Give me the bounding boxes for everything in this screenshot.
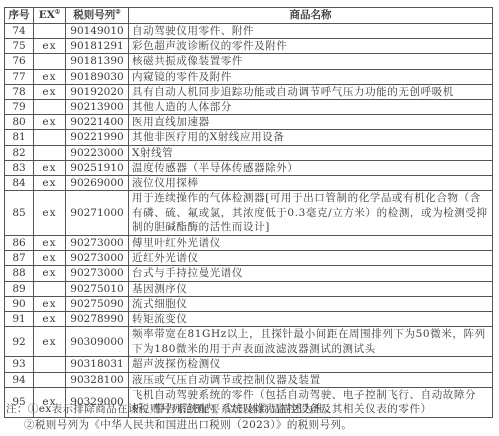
header-seq-label: 序号 <box>9 9 30 21</box>
row-ex-flag: ex <box>34 69 66 84</box>
row-tariff-code: 90273000 <box>66 236 129 251</box>
row-seq: 93 <box>5 357 34 372</box>
row-seq: 82 <box>5 145 34 160</box>
row-seq: 77 <box>5 69 34 84</box>
row-seq: 92 <box>5 327 34 357</box>
table-row: 7990213900其他人造的人体部分 <box>5 100 493 115</box>
header-name-label: 商品名称 <box>290 9 332 21</box>
table-row: 7690181390核磁共振成像装置零件 <box>5 54 493 69</box>
row-tariff-code: 90269000 <box>66 176 129 191</box>
row-product-name: 其他人造的人体部分 <box>129 100 493 115</box>
footnote-1: 注：①ex表示排除商品在该税则号列范围内，以具体商品描述为准。 <box>6 402 352 418</box>
row-seq: 88 <box>5 266 34 281</box>
row-product-name: 转矩流变仪 <box>129 312 493 327</box>
row-seq: 80 <box>5 115 34 130</box>
row-seq: 90 <box>5 296 34 311</box>
table-row: 90ex90275090流式细胞仪 <box>5 296 493 311</box>
row-product-name: 医用直线加速器 <box>129 115 493 130</box>
row-ex-flag <box>34 357 66 372</box>
header-seq: 序号 <box>5 8 34 24</box>
row-product-name: 温度传感器（半导体传感器除外） <box>129 160 493 175</box>
row-ex-flag: ex <box>34 251 66 266</box>
row-tariff-code: 90251910 <box>66 160 129 175</box>
row-tariff-code: 90189030 <box>66 69 129 84</box>
row-product-name: 流式细胞仪 <box>129 296 493 311</box>
row-tariff-code: 90273000 <box>66 266 129 281</box>
row-seq: 83 <box>5 160 34 175</box>
row-product-name: 用于连续操作的气体检测器[可用于出口管制的化学品或有机化合物（含有磷、硫、氟或氯… <box>129 191 493 236</box>
row-tariff-code: 90275090 <box>66 296 129 311</box>
row-seq: 94 <box>5 372 34 387</box>
row-ex-flag <box>34 372 66 387</box>
row-product-name: X射线管 <box>129 145 493 160</box>
row-tariff-code: 90309000 <box>66 327 129 357</box>
header-code-label: 税则号列 <box>73 9 115 21</box>
row-product-name: 液压或气压自动调节或控制仪器及装置 <box>129 372 493 387</box>
row-ex-flag <box>34 145 66 160</box>
row-ex-flag <box>34 100 66 115</box>
row-product-name: 台式与手持拉曼光谱仪 <box>129 266 493 281</box>
row-ex-flag <box>34 24 66 39</box>
row-ex-flag: ex <box>34 39 66 54</box>
row-tariff-code: 90318031 <box>66 357 129 372</box>
row-product-name: 彩色超声波诊断仪的零件及附件 <box>129 39 493 54</box>
row-tariff-code: 90275010 <box>66 281 129 296</box>
table-row: 77ex90189030内窥镜的零件及附件 <box>5 69 493 84</box>
header-code: 税则号列② <box>66 8 129 24</box>
table-row: 8290223000X射线管 <box>5 145 493 160</box>
row-seq: 85 <box>5 191 34 236</box>
row-ex-flag: ex <box>34 312 66 327</box>
row-ex-flag: ex <box>34 160 66 175</box>
row-seq: 75 <box>5 39 34 54</box>
table-row: 80ex90221400医用直线加速器 <box>5 115 493 130</box>
table-row: 9390318031超声波探伤检测仪 <box>5 357 493 372</box>
row-tariff-code: 90223000 <box>66 145 129 160</box>
row-ex-flag: ex <box>34 327 66 357</box>
row-product-name: 具有自动人机同步追踪功能或自动调节呼气压力功能的无创呼吸机 <box>129 84 493 99</box>
row-ex-flag <box>34 281 66 296</box>
table-row: 7490149010自动驾驶仪用零件、附件 <box>5 24 493 39</box>
row-seq: 79 <box>5 100 34 115</box>
row-product-name: 近红外光谱仪 <box>129 251 493 266</box>
table-row: 85ex90271000用于连续操作的气体检测器[可用于出口管制的化学品或有机化… <box>5 191 493 236</box>
row-tariff-code: 90149010 <box>66 24 129 39</box>
row-product-name: 傅里叶红外光谱仪 <box>129 236 493 251</box>
table-row: 86ex90273000傅里叶红外光谱仪 <box>5 236 493 251</box>
table-row: 91ex90278990转矩流变仪 <box>5 312 493 327</box>
row-product-name: 超声波探伤检测仪 <box>129 357 493 372</box>
row-tariff-code: 90221990 <box>66 130 129 145</box>
table-row: 8190221990其他非医疗用的X射线应用设备 <box>5 130 493 145</box>
row-ex-flag: ex <box>34 266 66 281</box>
header-ex: EX① <box>34 8 66 24</box>
row-tariff-code: 90181390 <box>66 54 129 69</box>
row-seq: 76 <box>5 54 34 69</box>
row-ex-flag: ex <box>34 84 66 99</box>
tariff-table: 序号 EX① 税则号列② 商品名称 7490149010自动驾驶仪用零件、附件7… <box>4 7 493 418</box>
row-seq: 74 <box>5 24 34 39</box>
row-tariff-code: 90213900 <box>66 100 129 115</box>
table-body: 7490149010自动驾驶仪用零件、附件75ex90181291彩色超声波诊断… <box>5 24 493 418</box>
row-ex-flag <box>34 54 66 69</box>
row-seq: 87 <box>5 251 34 266</box>
table-header-row: 序号 EX① 税则号列② 商品名称 <box>5 8 493 24</box>
row-ex-flag <box>34 130 66 145</box>
row-ex-flag: ex <box>34 296 66 311</box>
row-tariff-code: 90181291 <box>66 39 129 54</box>
row-tariff-code: 90328100 <box>66 372 129 387</box>
row-tariff-code: 90221400 <box>66 115 129 130</box>
footnote-marker-1: ① <box>55 9 60 16</box>
row-tariff-code: 90271000 <box>66 191 129 236</box>
table-row: 88ex90273000台式与手持拉曼光谱仪 <box>5 266 493 281</box>
header-name: 商品名称 <box>129 8 493 24</box>
row-product-name: 基因测序仪 <box>129 281 493 296</box>
table-row: 9490328100液压或气压自动调节或控制仪器及装置 <box>5 372 493 387</box>
row-product-name: 频率带宽在81GHz以上，且探针最小间距在周围排列下为50微米，阵列下为180微… <box>129 327 493 357</box>
footnotes: 注：①ex表示排除商品在该税则号列范围内，以具体商品描述为准。 ②税则号列为《中… <box>6 402 352 433</box>
row-tariff-code: 90192020 <box>66 84 129 99</box>
row-product-name: 自动驾驶仪用零件、附件 <box>129 24 493 39</box>
row-product-name: 液位仪用探棒 <box>129 176 493 191</box>
row-seq: 91 <box>5 312 34 327</box>
row-product-name: 其他非医疗用的X射线应用设备 <box>129 130 493 145</box>
table-row: 83ex90251910温度传感器（半导体传感器除外） <box>5 160 493 175</box>
row-ex-flag: ex <box>34 176 66 191</box>
row-seq: 81 <box>5 130 34 145</box>
table-row: 78ex90192020具有自动人机同步追踪功能或自动调节呼气压力功能的无创呼吸… <box>5 84 493 99</box>
table-row: 92ex90309000频率带宽在81GHz以上，且探针最小间距在周围排列下为5… <box>5 327 493 357</box>
footnote-2: ②税则号列为《中华人民共和国进出口税则（2023）》的税则号列。 <box>6 418 352 434</box>
row-seq: 89 <box>5 281 34 296</box>
row-tariff-code: 90273000 <box>66 251 129 266</box>
header-ex-label: EX <box>39 9 55 21</box>
row-ex-flag: ex <box>34 236 66 251</box>
table-row: 75ex90181291彩色超声波诊断仪的零件及附件 <box>5 39 493 54</box>
row-ex-flag: ex <box>34 115 66 130</box>
row-product-name: 核磁共振成像装置零件 <box>129 54 493 69</box>
row-tariff-code: 90278990 <box>66 312 129 327</box>
row-ex-flag: ex <box>34 191 66 236</box>
row-seq: 78 <box>5 84 34 99</box>
row-product-name: 内窥镜的零件及附件 <box>129 69 493 84</box>
row-seq: 84 <box>5 176 34 191</box>
table-row: 87ex90273000近红外光谱仪 <box>5 251 493 266</box>
row-seq: 86 <box>5 236 34 251</box>
table-row: 84ex90269000液位仪用探棒 <box>5 176 493 191</box>
footnote-marker-2: ② <box>115 9 120 16</box>
table-row: 8990275010基因测序仪 <box>5 281 493 296</box>
